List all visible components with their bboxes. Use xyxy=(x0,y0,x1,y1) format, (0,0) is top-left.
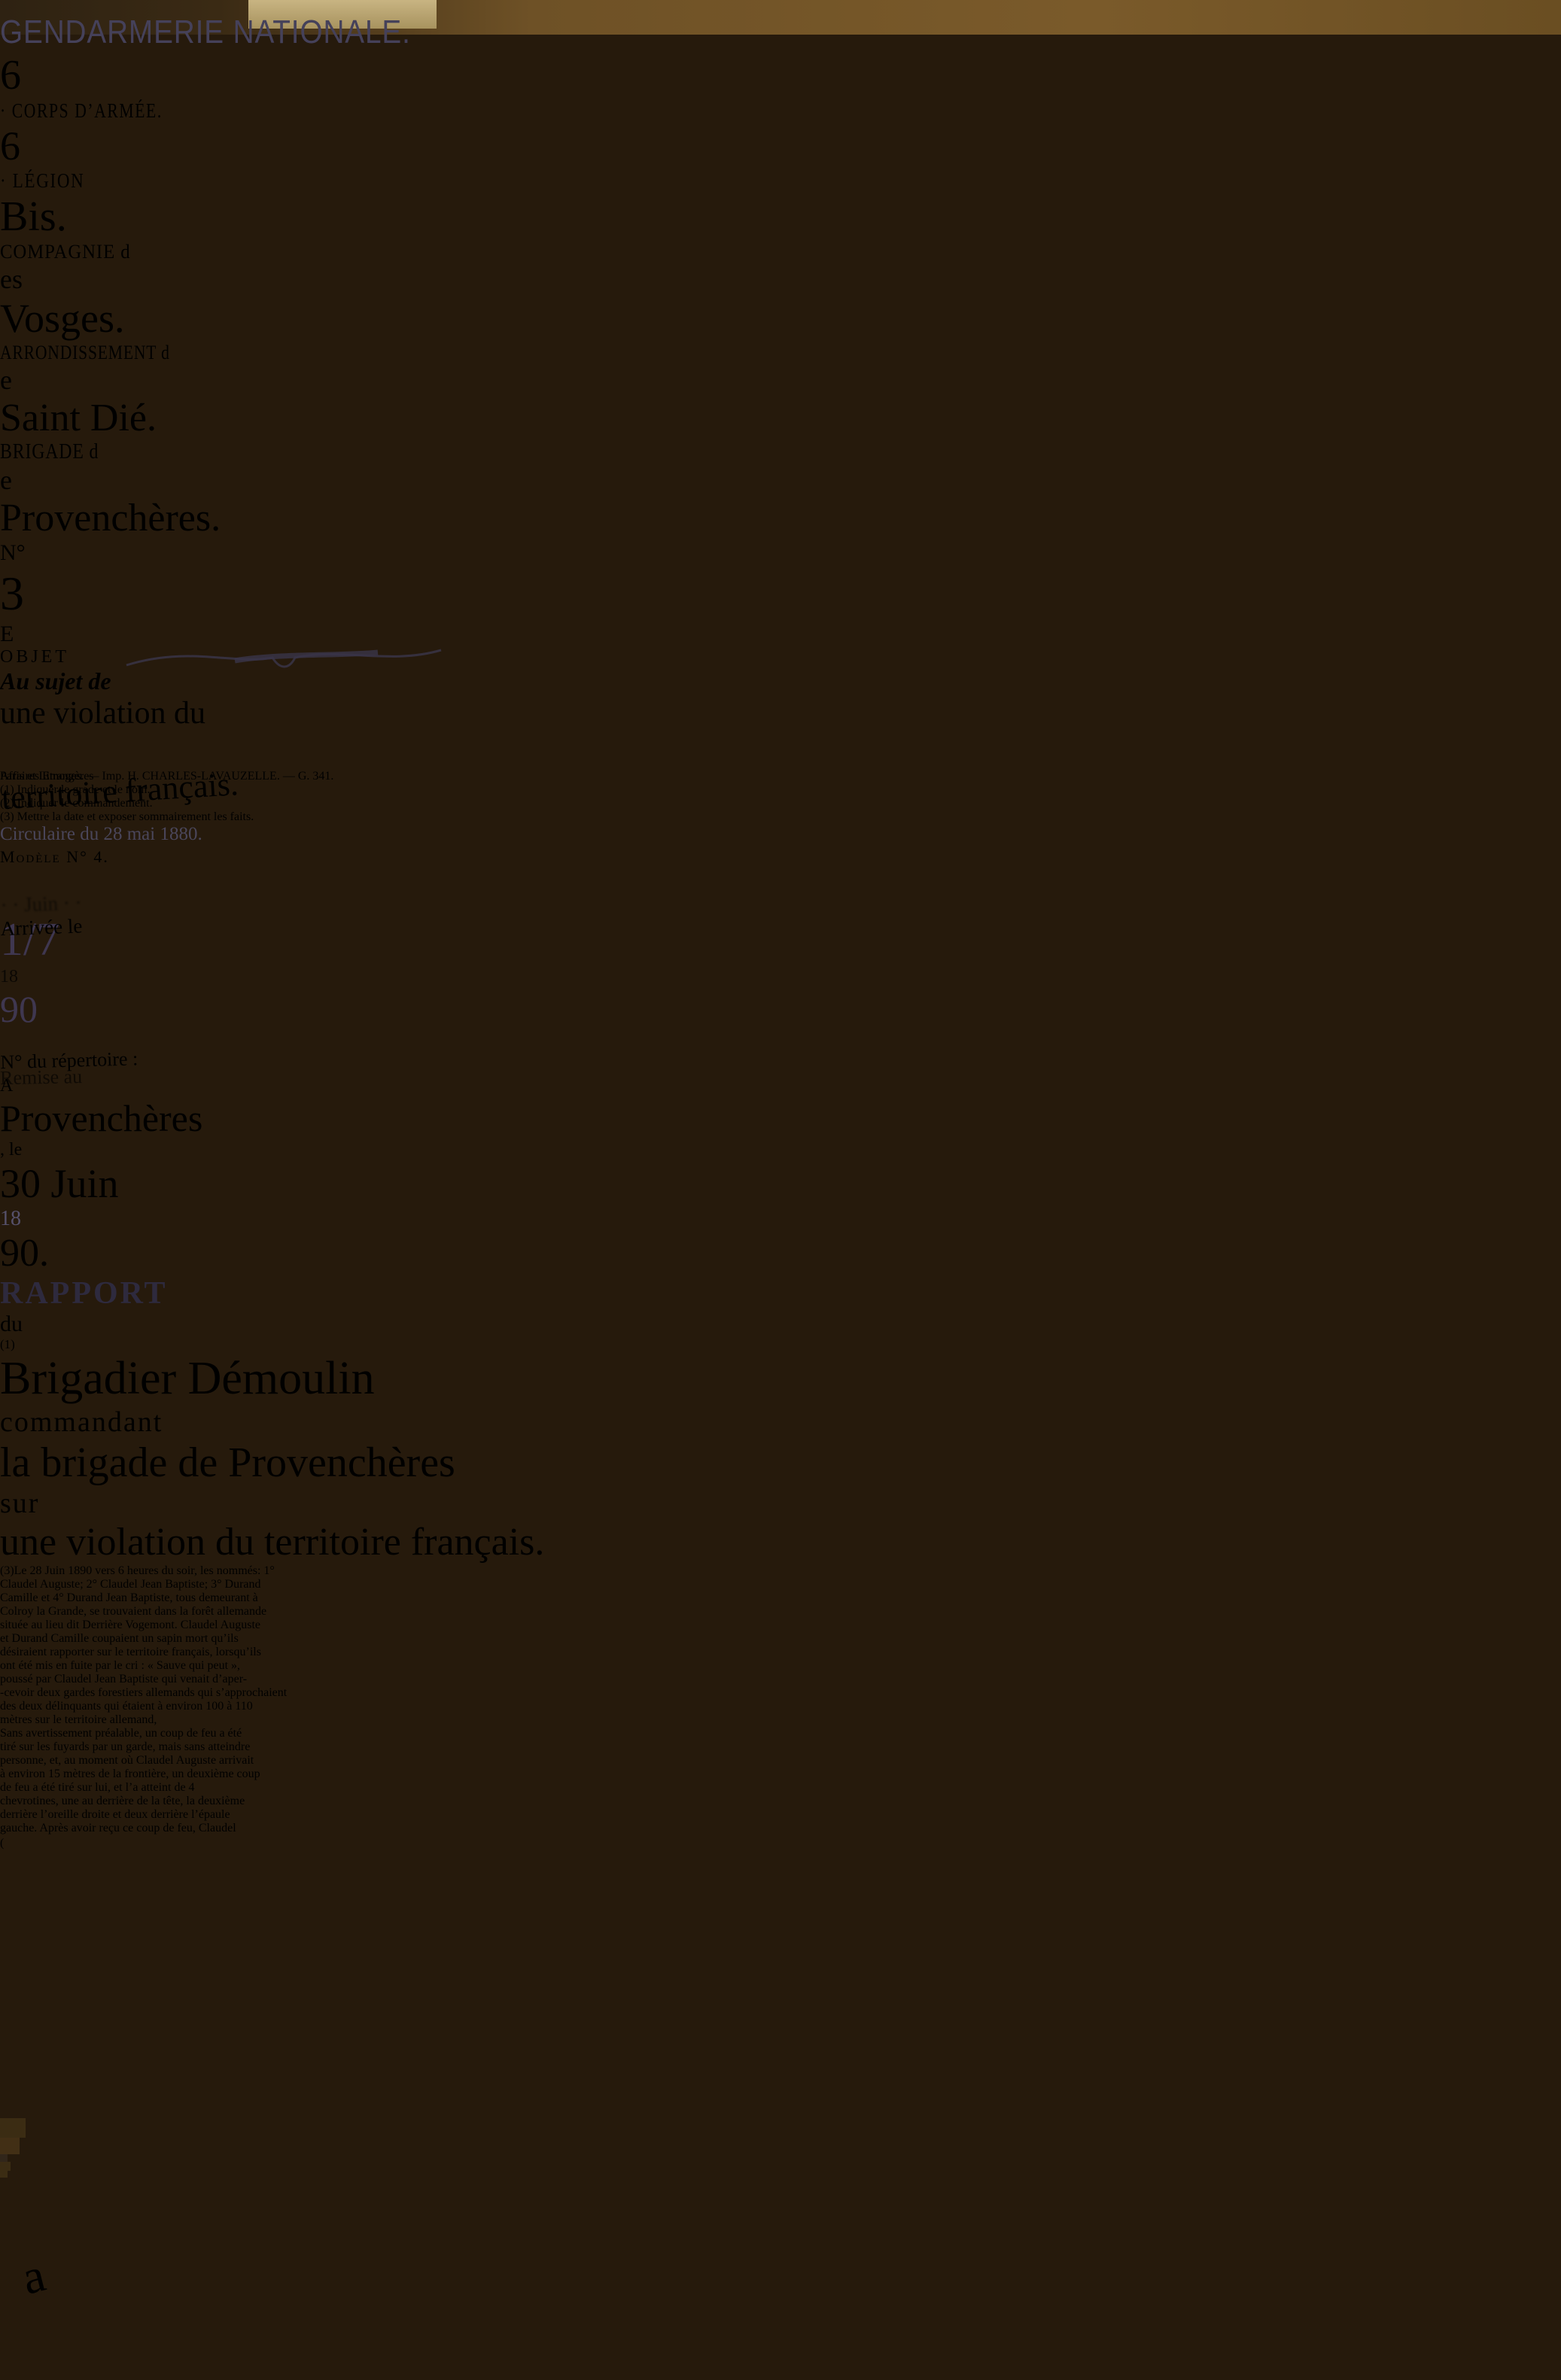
arrondissement-article-handwritten: e xyxy=(0,364,1561,396)
red-crayon-stroke xyxy=(0,1916,8,1949)
paper-stain xyxy=(0,2162,11,2171)
stamp-year-printed: 18 xyxy=(0,967,1561,987)
dateline-le-printed: , le xyxy=(0,1140,1561,1160)
corps-label: · CORPS D’ARMÉE. xyxy=(0,99,1249,123)
legion-label: · LÉGION xyxy=(0,169,1327,193)
body-line: -cevoir deux gardes forestiers allemands… xyxy=(0,1686,1561,1700)
compagnie-label: COMPAGNIE d xyxy=(0,241,1483,263)
body-line: à environ 15 mètres de la frontière, un … xyxy=(0,1768,1561,1781)
body-line: poussé par Claudel Jean Baptiste qui ven… xyxy=(0,1673,1561,1686)
numero-value-handwritten: 3 xyxy=(0,566,1561,622)
body-line: Colroy la Grande, se trouvaient dans la … xyxy=(0,1605,1561,1619)
body-line: mètres sur le territoire allemand, xyxy=(0,1713,1561,1727)
body-line: Camille et 4° Durand Jean Baptiste, tous… xyxy=(0,1591,1561,1605)
body-lines: (3)Le 28 Juin 1890 vers 6 heures du soir… xyxy=(0,1564,1561,1835)
body-line: Claudel Auguste; 2° Claudel Jean Baptist… xyxy=(0,1578,1561,1591)
red-crayon-stroke xyxy=(0,1953,7,1983)
body-line: de feu a été tiré sur lui, et l’a attein… xyxy=(0,1781,1561,1795)
paper-stain xyxy=(0,2118,26,2138)
body-line: Sans avertissement préalable, un coup de… xyxy=(0,1727,1561,1740)
compagnie-value-handwritten: Vosges. xyxy=(0,295,1561,342)
circulaire-note: Circulaire du 28 mai 1880. xyxy=(0,824,1561,845)
rapport-sur-printed: sur xyxy=(0,1487,1561,1520)
legion-number-handwritten: 6 xyxy=(0,123,1561,169)
rapport-officer-handwritten: Brigadier Démoulin xyxy=(0,1352,1561,1406)
legion-bis-handwritten: Bis. xyxy=(0,193,1561,241)
rapport-commandant-handwritten: la brigade de Provenchères xyxy=(0,1439,1561,1487)
body-line: située au lieu dit Derrière Vogemont. Cl… xyxy=(0,1619,1561,1632)
ornamental-brace xyxy=(122,641,447,674)
body-line: et Durand Camille coupaient un sapin mor… xyxy=(0,1632,1561,1646)
body-line: derrière l’oreille droite et deux derriè… xyxy=(0,1808,1561,1822)
body-line: personne, et, au moment où Claudel Augus… xyxy=(0,1754,1561,1768)
body-line: ont été mis en fuite par le cri : « Sauv… xyxy=(0,1659,1561,1673)
brigade-value-handwritten: Provenchères. xyxy=(0,496,1561,540)
red-crayon-stroke xyxy=(0,2025,6,2062)
red-crayon-stroke xyxy=(0,1850,6,1882)
body-line: tiré sur les fuyards par un garde, mais … xyxy=(0,1740,1561,1754)
body-line: chevrotines, une au derrière de la tête,… xyxy=(0,1795,1561,1808)
numero-label: N° xyxy=(0,540,1561,566)
paper-stain xyxy=(0,2171,8,2178)
bold-correction-segment: 100 à 110 xyxy=(205,1700,253,1713)
rapport-sur-handwritten: une violation du territoire français. xyxy=(0,1520,1561,1564)
report-content: GENDARMERIE NATIONALE. 6 · CORPS D’ARMÉE… xyxy=(0,14,1561,2178)
dateline-year-printed: 18 xyxy=(0,1207,1561,1231)
rapport-du: du xyxy=(0,1312,1561,1337)
red-crayon-letter: a xyxy=(17,1874,1544,2306)
body-footnote-ref: (3) xyxy=(0,1564,14,1577)
arrondissement-label: ARRONDISSEMENT d xyxy=(0,342,1295,364)
red-crayon-stroke xyxy=(0,1882,6,1916)
masthead-title: GENDARMERIE NATIONALE. xyxy=(0,14,1374,51)
arrondissement-value-handwritten: Saint Dié. xyxy=(0,396,1561,440)
brigade-label: BRIGADE d xyxy=(0,440,1327,464)
rapport-commandant-printed: commandant xyxy=(0,1406,1561,1439)
dateline-year-handwritten: 90. xyxy=(0,1231,1561,1275)
dateline-date-handwritten: 30 Juin xyxy=(0,1160,1561,1207)
pencil-margin-parenthesis: ( xyxy=(0,1837,1561,1850)
dateline-place-handwritten: Provenchères xyxy=(0,1096,1561,1140)
rapport-footnote-ref: (1) xyxy=(0,1337,1561,1352)
pencil-diagonal-stroke xyxy=(14,2078,118,2159)
body-line: désiraient rapporter sur le territoire f… xyxy=(0,1646,1561,1659)
paper-stain xyxy=(0,2138,20,2154)
rapport-title: RAPPORT xyxy=(0,1275,1561,1312)
brigade-article-handwritten: e xyxy=(0,464,1561,496)
body-line: (3)Le 28 Juin 1890 vers 6 heures du soir… xyxy=(0,1564,1561,1578)
body-line: des deux délinquants qui étaient à envir… xyxy=(0,1700,1561,1713)
affaires-etrangeres-note: Affaires Etrangères xyxy=(0,770,94,783)
compagnie-article-handwritten: es xyxy=(0,263,1561,295)
corps-number-handwritten: 6 xyxy=(0,51,1561,99)
red-crayon-stroke xyxy=(0,1983,6,2025)
photographed-report-page: { "palette": { "paper": "#d3ca96", "ink_… xyxy=(0,0,1561,2380)
paper-stain xyxy=(0,2154,8,2162)
footnote-3: (3) Mettre la date et exposer sommaireme… xyxy=(0,810,1561,824)
